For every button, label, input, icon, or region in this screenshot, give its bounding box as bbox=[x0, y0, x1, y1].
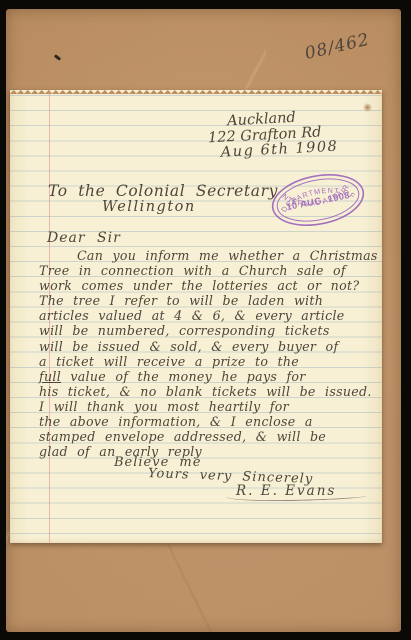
letter-line: full value of the money he pays for bbox=[39, 369, 377, 384]
letter-page: Auckland 122 Grafton Rd Aug 6th 1908 To … bbox=[10, 90, 382, 543]
letter-line: glad of an early reply bbox=[39, 444, 377, 459]
pen-mark bbox=[54, 54, 61, 61]
scanned-letter: 08/462 Auckland 122 Grafton Rd Aug 6th 1… bbox=[0, 0, 411, 640]
letter-line: Can you inform me whether a Christmas bbox=[39, 248, 377, 263]
department-date-stamp: DEPARTMENT OF INTERNAL AFFAIRS 10 AUG. 1… bbox=[266, 165, 370, 234]
torn-edge bbox=[10, 90, 382, 94]
letter-line: work comes under the lotteries act or no… bbox=[39, 278, 377, 293]
letter-heading: Auckland 122 Grafton Rd Aug 6th 1908 bbox=[207, 109, 339, 162]
recipient-line: To the Colonial Secretary bbox=[48, 182, 278, 200]
letter-line: I will thank you most heartily for bbox=[39, 399, 377, 414]
letter-body: Can you inform me whether a ChristmasTre… bbox=[39, 248, 377, 459]
letter-line: his ticket, & no blank tickets will be i… bbox=[39, 384, 377, 399]
letter-line: will be issued & sold, & every buyer of bbox=[39, 339, 377, 354]
letter-line: articles valued at 4 & 6, & every articl… bbox=[39, 308, 377, 323]
salutation: Dear Sir bbox=[47, 230, 121, 246]
letter-line: The tree I refer to will be laden with bbox=[39, 293, 377, 308]
heading-date: Aug 6th 1908 bbox=[220, 140, 338, 162]
file-number-annotation: 08/462 bbox=[303, 22, 405, 64]
letter-line: the above information, & I enclose a bbox=[39, 414, 377, 429]
letter-line: Tree in connection with a Church sale of bbox=[39, 263, 377, 278]
letter-line: a ticket will receive a prize to the bbox=[39, 354, 377, 369]
letter-line: stamped envelope addressed, & will be bbox=[39, 429, 377, 444]
letter-line: will be numbered, corresponding tickets bbox=[39, 323, 377, 338]
paper-stain bbox=[362, 103, 373, 112]
recipient-city: Wellington bbox=[102, 199, 196, 215]
